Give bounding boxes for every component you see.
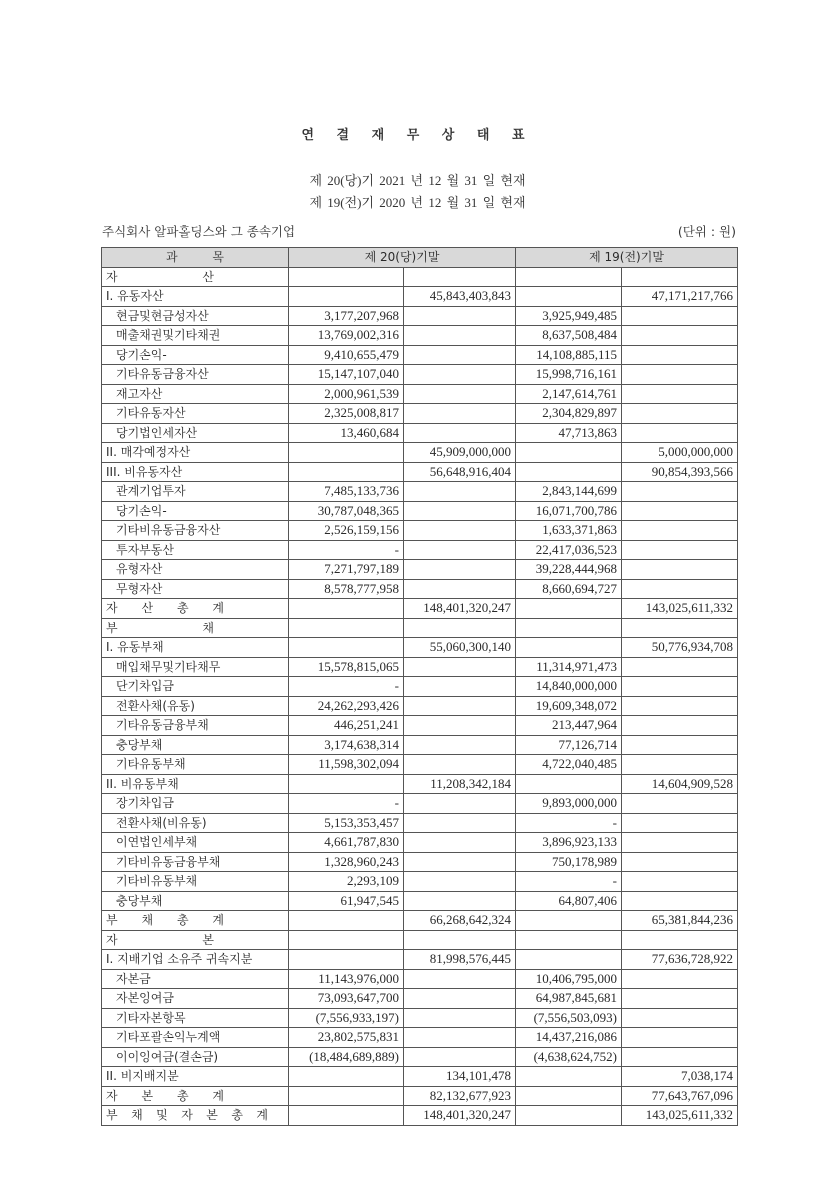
amount-p1: 3,896,923,133 [516,833,622,853]
table-row-group: II. 비유동부채11,208,342,18414,604,909,528 [102,774,738,794]
row-label: 기타유동자산 [102,404,289,424]
amount-p1: 4,722,040,485 [516,755,622,775]
amount-c1: 9,410,655,479 [289,345,404,365]
row-label: 재고자산 [102,384,289,404]
amount-c1: 2,325,008,817 [289,404,404,424]
row-label-char: 계 [256,1106,268,1124]
amount-p1: (4,638,624,752) [516,1047,622,1067]
amount-p2: 7,038,174 [622,1067,738,1087]
amount-c1: 446,251,241 [289,716,404,736]
table-row-item: 당기법인세자산13,460,68447,713,863 [102,423,738,443]
amount-p1 [516,911,622,931]
amount-c2 [404,677,516,697]
amount-p1: 213,447,964 [516,716,622,736]
amount-c2 [404,735,516,755]
amount-c1: 13,460,684 [289,423,404,443]
amount-p2 [622,989,738,1009]
row-label: 부채및자본총계 [102,1106,289,1126]
amount-p2: 5,000,000,000 [622,443,738,463]
amount-p2 [622,404,738,424]
table-row-item: 현금및현금성자산3,177,207,9683,925,949,485 [102,306,738,326]
row-label: 무형자산 [102,579,289,599]
row-label-char: 자 [106,1087,118,1105]
amount-c1 [289,1106,404,1126]
header-item-char: 과 [166,248,178,266]
table-row-item: 투자부동산-22,417,036,523 [102,540,738,560]
amount-p2 [622,735,738,755]
amount-p2 [622,521,738,541]
header-item: 과 목 [102,248,289,268]
amount-p1 [516,267,622,287]
row-label: 당기법인세자산 [102,423,289,443]
table-row-total: 부채총계66,268,642,32465,381,844,236 [102,911,738,931]
table-row-item: 당기손익-30,787,048,36516,071,700,786 [102,501,738,521]
amount-p2: 47,171,217,766 [622,287,738,307]
amount-p2 [622,833,738,853]
company-name: 주식회사 알파홀딩스와 그 종속기업 [102,222,295,240]
amount-c2 [404,989,516,1009]
amount-p1 [516,1106,622,1126]
row-label-char: 본 [202,931,214,949]
row-label: 부채 [102,618,289,638]
amount-p2 [622,716,738,736]
row-label: I. 유동자산 [102,287,289,307]
amount-p2 [622,677,738,697]
amount-c2 [404,852,516,872]
table-row-item: 충당부채61,947,54564,807,406 [102,891,738,911]
amount-c1 [289,911,404,931]
table-row-item: 매입채무및기타채무15,578,815,06511,314,971,473 [102,657,738,677]
amount-p1: 22,417,036,523 [516,540,622,560]
table-row-item: 기타유동금융부채446,251,241213,447,964 [102,716,738,736]
amount-c1: 5,153,353,457 [289,813,404,833]
amount-c1: 1,328,960,243 [289,852,404,872]
table-row-item: 단기차입금-14,840,000,000 [102,677,738,697]
amount-p1 [516,774,622,794]
amount-p2 [622,560,738,580]
amount-c2 [404,345,516,365]
amount-p1: 750,178,989 [516,852,622,872]
amount-c1: 8,578,777,958 [289,579,404,599]
amount-c2: 45,843,403,843 [404,287,516,307]
table-row-item: 전환사채(유동)24,262,293,42619,609,348,072 [102,696,738,716]
amount-c2 [404,521,516,541]
row-label: 자산 [102,267,289,287]
row-label: 기타유동부채 [102,755,289,775]
table-row-item: 기타유동자산2,325,008,8172,304,829,897 [102,404,738,424]
amount-p1: 16,071,700,786 [516,501,622,521]
amount-p1: (7,556,503,093) [516,1008,622,1028]
amount-c1 [289,774,404,794]
amount-c1 [289,267,404,287]
amount-p2 [622,579,738,599]
amount-p2 [622,930,738,950]
table-row-item: 기타자본항목(7,556,933,197)(7,556,503,093) [102,1008,738,1028]
row-label: 충당부채 [102,891,289,911]
table-row-item: 당기손익-9,410,655,47914,108,885,115 [102,345,738,365]
table-row-group: I. 유동부채55,060,300,14050,776,934,708 [102,638,738,658]
amount-c1 [289,1067,404,1087]
amount-c2 [404,618,516,638]
row-label-char: 총 [177,911,189,929]
table-body: 자산I. 유동자산45,843,403,84347,171,217,766현금및… [102,267,738,1125]
amount-p1 [516,950,622,970]
table-row-item: 관계기업투자7,485,133,7362,843,144,699 [102,482,738,502]
amount-c2 [404,306,516,326]
table-row-item: 전환사채(비유동)5,153,353,457- [102,813,738,833]
period-prior: 제 19(전)기 2020 년 12 월 31 일 현재 [0,192,835,211]
amount-c1: 2,526,159,156 [289,521,404,541]
table-row-item: 기타비유동금융자산2,526,159,1561,633,371,863 [102,521,738,541]
row-label-char: 자 [106,268,118,286]
row-label-char: 부 [106,1106,118,1124]
amount-p1: 3,925,949,485 [516,306,622,326]
amount-p2 [622,755,738,775]
header-prior-period: 제 19(전)기말 [516,248,738,268]
table-row-item: 매출채권및기타채권13,769,002,3168,637,508,484 [102,326,738,346]
amount-c2 [404,1008,516,1028]
amount-c2: 56,648,916,404 [404,462,516,482]
amount-c1: 13,769,002,316 [289,326,404,346]
balance-sheet-table: 과 목 제 20(당)기말 제 19(전)기말 자산I. 유동자산45,843,… [101,247,738,1126]
amount-c1 [289,618,404,638]
amount-p2 [622,872,738,892]
amount-p2 [622,384,738,404]
amount-p1 [516,1086,622,1106]
row-label: 현금및현금성자산 [102,306,289,326]
amount-c2 [404,794,516,814]
amount-c1 [289,443,404,463]
amount-p2 [622,267,738,287]
row-label: 기타자본항목 [102,1008,289,1028]
row-label: 전환사채(유동) [102,696,289,716]
amount-c2: 148,401,320,247 [404,1106,516,1126]
row-label: 자본잉여금 [102,989,289,1009]
amount-p2 [622,1008,738,1028]
amount-p1: 14,108,885,115 [516,345,622,365]
table-row-item: 충당부채3,174,638,31477,126,714 [102,735,738,755]
amount-c2 [404,404,516,424]
row-label-char: 채 [141,911,153,929]
row-label: II. 비지배지분 [102,1067,289,1087]
amount-c2 [404,579,516,599]
row-label: 전환사채(비유동) [102,813,289,833]
amount-c2: 148,401,320,247 [404,599,516,619]
amount-c2 [404,657,516,677]
amount-p2 [622,306,738,326]
amount-p2 [622,482,738,502]
table-header-row: 과 목 제 20(당)기말 제 19(전)기말 [102,248,738,268]
row-label: 자본 [102,930,289,950]
row-label: III. 비유동자산 [102,462,289,482]
amount-p2 [622,1028,738,1048]
amount-c1: (7,556,933,197) [289,1008,404,1028]
amount-c2 [404,969,516,989]
row-label: 자본금 [102,969,289,989]
amount-c1: 15,147,107,040 [289,365,404,385]
table-row-item: 이이잉여금(결손금)(18,484,689,889)(4,638,624,752… [102,1047,738,1067]
amount-p2: 14,604,909,528 [622,774,738,794]
amount-p2 [622,326,738,346]
table-row-item: 기타비유동부채2,293,109- [102,872,738,892]
table-row-item: 자본잉여금73,093,647,70064,987,845,681 [102,989,738,1009]
row-label: 이이잉여금(결손금) [102,1047,289,1067]
amount-c1: 23,802,575,831 [289,1028,404,1048]
amount-p1: 2,304,829,897 [516,404,622,424]
amount-p1: 15,998,716,161 [516,365,622,385]
amount-p1 [516,1067,622,1087]
amount-c2 [404,833,516,853]
amount-p1 [516,930,622,950]
amount-c1: 11,143,976,000 [289,969,404,989]
row-label-char: 본 [206,1106,218,1124]
amount-c2 [404,326,516,346]
amount-p1: 64,987,845,681 [516,989,622,1009]
row-label-char: 본 [141,1087,153,1105]
amount-p2: 77,643,767,096 [622,1086,738,1106]
row-label: I. 유동부채 [102,638,289,658]
amount-c2: 134,101,478 [404,1067,516,1087]
amount-p1: 39,228,444,968 [516,560,622,580]
amount-p1: 10,406,795,000 [516,969,622,989]
amount-p2: 50,776,934,708 [622,638,738,658]
row-label-char: 자 [106,931,118,949]
row-label-char: 산 [202,268,214,286]
amount-c2 [404,891,516,911]
amount-p2 [622,1047,738,1067]
amount-p2 [622,969,738,989]
table-row-group: III. 비유동자산56,648,916,40490,854,393,566 [102,462,738,482]
row-label-char: 및 [156,1106,168,1124]
amount-c1 [289,638,404,658]
table-row-total: 부채및자본총계148,401,320,247143,025,611,332 [102,1106,738,1126]
row-label: 기타유동금융자산 [102,365,289,385]
row-label: 충당부채 [102,735,289,755]
table-row-item: 유형자산7,271,797,18939,228,444,968 [102,560,738,580]
amount-c1 [289,1086,404,1106]
table-row-section: 자산 [102,267,738,287]
table-row-item: 기타비유동금융부채1,328,960,243750,178,989 [102,852,738,872]
amount-c1: 15,578,815,065 [289,657,404,677]
row-label: 자본총계 [102,1086,289,1106]
row-label: 매입채무및기타채무 [102,657,289,677]
row-label-char: 부 [106,911,118,929]
amount-p2: 90,854,393,566 [622,462,738,482]
table-row-item: 기타유동부채11,598,302,0944,722,040,485 [102,755,738,775]
amount-c2: 81,998,576,445 [404,950,516,970]
amount-p1: - [516,813,622,833]
row-label: 부채총계 [102,911,289,931]
amount-c1 [289,287,404,307]
amount-c2 [404,384,516,404]
amount-p1 [516,443,622,463]
amount-c2 [404,267,516,287]
amount-c1: - [289,677,404,697]
row-label-char: 자 [181,1106,193,1124]
amount-p1 [516,287,622,307]
amount-c1 [289,462,404,482]
amount-c1: 3,177,207,968 [289,306,404,326]
row-label-char: 계 [212,911,224,929]
row-label: 기타유동금융부채 [102,716,289,736]
amount-c1: 2,293,109 [289,872,404,892]
amount-c1 [289,930,404,950]
amount-p2: 143,025,611,332 [622,599,738,619]
amount-c1: 73,093,647,700 [289,989,404,1009]
amount-c2: 45,909,000,000 [404,443,516,463]
amount-c2 [404,930,516,950]
row-label-char: 총 [231,1106,243,1124]
amount-p1: 19,609,348,072 [516,696,622,716]
row-label: 자산총계 [102,599,289,619]
document-title: 연 결 재 무 상 태 표 [0,124,835,143]
amount-c1: 61,947,545 [289,891,404,911]
row-label: II. 매각예정자산 [102,443,289,463]
header-current-period: 제 20(당)기말 [289,248,516,268]
amount-c2 [404,1047,516,1067]
amount-p1: 8,637,508,484 [516,326,622,346]
row-label-char: 자 [106,599,118,617]
amount-p2: 143,025,611,332 [622,1106,738,1126]
row-label: 단기차입금 [102,677,289,697]
amount-c1: (18,484,689,889) [289,1047,404,1067]
table-row-section: 부채 [102,618,738,638]
amount-c1: 4,661,787,830 [289,833,404,853]
row-label: 기타비유동금융자산 [102,521,289,541]
amount-c2 [404,755,516,775]
row-label: I. 지배기업 소유주 귀속지분 [102,950,289,970]
row-label-char: 계 [212,599,224,617]
row-label: 투자부동산 [102,540,289,560]
amount-c2 [404,696,516,716]
amount-p1: 2,147,614,761 [516,384,622,404]
amount-p1: - [516,872,622,892]
amount-p1 [516,599,622,619]
amount-p2 [622,540,738,560]
amount-p2 [622,794,738,814]
amount-c1: - [289,794,404,814]
row-label-char: 계 [212,1087,224,1105]
amount-p1: 8,660,694,727 [516,579,622,599]
amount-c2 [404,560,516,580]
amount-c2: 55,060,300,140 [404,638,516,658]
row-label: 기타비유동부채 [102,872,289,892]
amount-c2 [404,540,516,560]
table-row-group: II. 매각예정자산45,909,000,0005,000,000,000 [102,443,738,463]
amount-c2: 82,132,677,923 [404,1086,516,1106]
amount-p1: 1,633,371,863 [516,521,622,541]
period-current: 제 20(당)기 2021 년 12 월 31 일 현재 [0,170,835,189]
amount-p2 [622,891,738,911]
amount-p1: 64,807,406 [516,891,622,911]
amount-c1: 30,787,048,365 [289,501,404,521]
amount-p2 [622,618,738,638]
amount-p2: 65,381,844,236 [622,911,738,931]
amount-c1: 2,000,961,539 [289,384,404,404]
amount-p2 [622,813,738,833]
table-row-total: 자산총계148,401,320,247143,025,611,332 [102,599,738,619]
row-label: 관계기업투자 [102,482,289,502]
row-label: 기타포괄손익누계액 [102,1028,289,1048]
amount-p2 [622,501,738,521]
row-label-char: 총 [177,1087,189,1105]
row-label: 장기차입금 [102,794,289,814]
amount-p1 [516,462,622,482]
amount-p1: 47,713,863 [516,423,622,443]
amount-p2 [622,423,738,443]
amount-c2 [404,716,516,736]
row-label-char: 산 [141,599,153,617]
table-row-item: 재고자산2,000,961,5392,147,614,761 [102,384,738,404]
amount-p2 [622,657,738,677]
amount-c1 [289,599,404,619]
amount-p1: 11,314,971,473 [516,657,622,677]
amount-p1: 14,437,216,086 [516,1028,622,1048]
amount-c2: 66,268,642,324 [404,911,516,931]
table-row-section: 자본 [102,930,738,950]
amount-c1: 3,174,638,314 [289,735,404,755]
row-label-char: 총 [177,599,189,617]
table-row-item: 무형자산8,578,777,9588,660,694,727 [102,579,738,599]
row-label: 당기손익- [102,345,289,365]
amount-p1: 2,843,144,699 [516,482,622,502]
amount-p1: 14,840,000,000 [516,677,622,697]
amount-p2 [622,696,738,716]
amount-p2 [622,852,738,872]
unit-label: (단위 : 원) [678,222,736,240]
amount-p1: 9,893,000,000 [516,794,622,814]
amount-c1 [289,950,404,970]
table-row-item: 이연법인세부채4,661,787,8303,896,923,133 [102,833,738,853]
table-row-item: 기타유동금융자산15,147,107,04015,998,716,161 [102,365,738,385]
amount-c2 [404,813,516,833]
amount-c2 [404,365,516,385]
header-item-char: 목 [212,248,224,266]
row-label-char: 채 [202,619,214,637]
row-label: 유형자산 [102,560,289,580]
amount-p2 [622,345,738,365]
amount-p1 [516,618,622,638]
table-row-item: 기타포괄손익누계액23,802,575,83114,437,216,086 [102,1028,738,1048]
row-label: 기타비유동금융부채 [102,852,289,872]
amount-c2 [404,872,516,892]
amount-c1: 7,271,797,189 [289,560,404,580]
amount-c2 [404,501,516,521]
amount-c1: - [289,540,404,560]
amount-p2 [622,365,738,385]
row-label: II. 비유동부채 [102,774,289,794]
row-label-char: 부 [106,619,118,637]
amount-c1: 7,485,133,736 [289,482,404,502]
table-row-item: 장기차입금-9,893,000,000 [102,794,738,814]
amount-p1 [516,638,622,658]
amount-c1: 24,262,293,426 [289,696,404,716]
table-row-item: 자본금11,143,976,00010,406,795,000 [102,969,738,989]
amount-c2 [404,482,516,502]
amount-c2: 11,208,342,184 [404,774,516,794]
row-label-char: 채 [131,1106,143,1124]
table-row-group: I. 유동자산45,843,403,84347,171,217,766 [102,287,738,307]
amount-c1: 11,598,302,094 [289,755,404,775]
table-row-group: II. 비지배지분134,101,4787,038,174 [102,1067,738,1087]
table-row-group: I. 지배기업 소유주 귀속지분81,998,576,44577,636,728… [102,950,738,970]
amount-c2 [404,423,516,443]
row-label: 매출채권및기타채권 [102,326,289,346]
amount-p2: 77,636,728,922 [622,950,738,970]
row-label: 당기손익- [102,501,289,521]
row-label: 이연법인세부채 [102,833,289,853]
amount-p1: 77,126,714 [516,735,622,755]
